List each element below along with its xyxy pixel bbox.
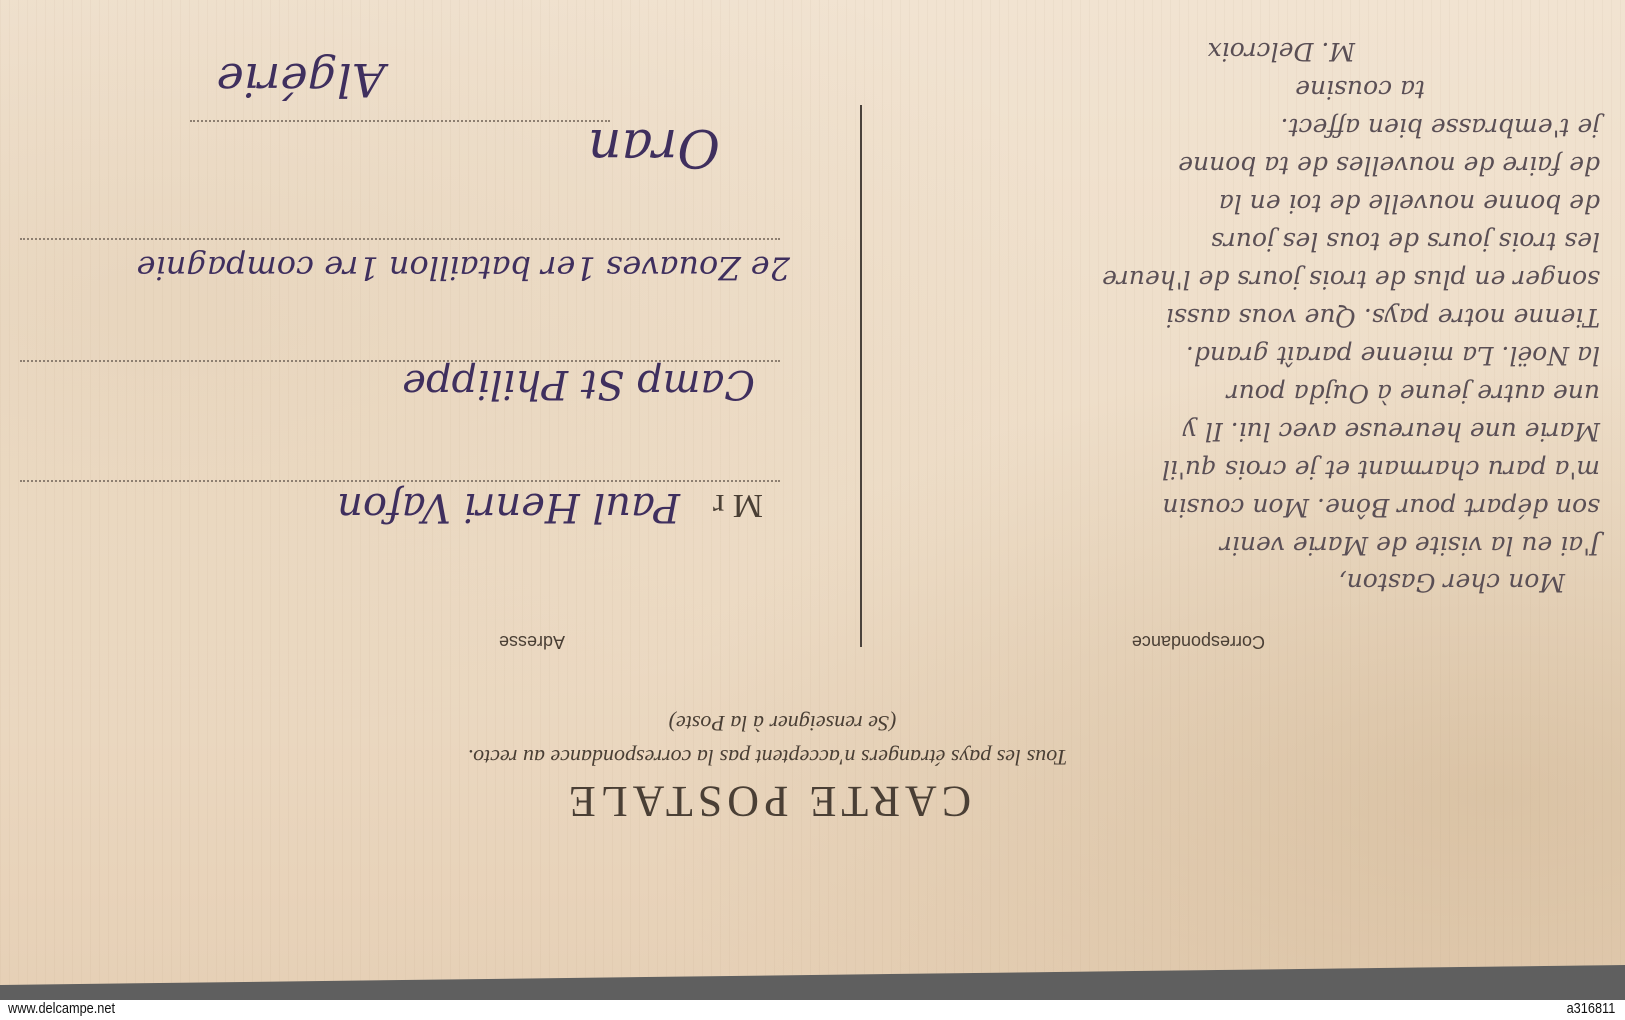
address-city: Oran [588, 117, 720, 177]
message-line: de faire de nouvelles de ta bonne [1178, 151, 1600, 180]
message-line: les trois jours de tous les jours [1211, 227, 1600, 256]
postcard-back: Mon cher Gaston, J'ai eu la visite de Ma… [0, 0, 1625, 992]
address-name: Paul Henri Vafon [337, 484, 680, 530]
message-signature: M. Delcroix [1208, 37, 1355, 66]
address-prefix: M r [713, 486, 763, 524]
address-line: Camp St Philippe [402, 361, 755, 407]
address-country: Algérie [216, 53, 385, 107]
item-id: a316811 [1566, 1000, 1615, 1017]
message-line: son départ pour Bône. Mon cousin [1162, 493, 1600, 522]
address-line: 2e Zouaves 1er bataillon 1re compagnie [137, 249, 790, 287]
postal-notice-sub: (Se renseigner à la Poste) [0, 710, 1625, 736]
site-watermark: www.delcampe.net [8, 1000, 115, 1017]
message-line: Marie une heureuse avec lui. Il y [1183, 417, 1600, 446]
message-line: songer en plus de trois jours de l'heure [1102, 265, 1600, 294]
message-line: Tienne notre pays. Que vous aussi [1166, 303, 1600, 332]
address-dotted-line [20, 238, 780, 240]
message-line: de bonne nouvelle de toi en la [1219, 189, 1600, 218]
address-dotted-line [190, 120, 610, 122]
postcard-content-rotated: Mon cher Gaston, J'ai eu la visite de Ma… [0, 0, 1625, 992]
address-dotted-line [20, 480, 780, 482]
message-signoff: ta cousine [1295, 75, 1425, 104]
message-line: Mon cher Gaston, [1339, 568, 1565, 597]
address-label: Adresse [499, 631, 565, 652]
postal-notice: Tous les pays étrangers n'acceptent pas … [0, 744, 1625, 770]
message-line: la Noël. La mienne paraît grand. [1186, 341, 1600, 370]
message-line: je t'embrasse bien affect. [1281, 113, 1600, 142]
message-line: une autre jeune à Oujda pour [1227, 379, 1600, 408]
message-line: m'a paru charmant et je crois qu'il [1162, 455, 1600, 484]
postcard-title: CARTE POSTALE [0, 776, 1625, 827]
correspondence-label: Correspondance [1132, 631, 1265, 652]
center-divider [860, 105, 862, 647]
message-line: J'ai eu la visite de Marie venir [1220, 531, 1600, 560]
